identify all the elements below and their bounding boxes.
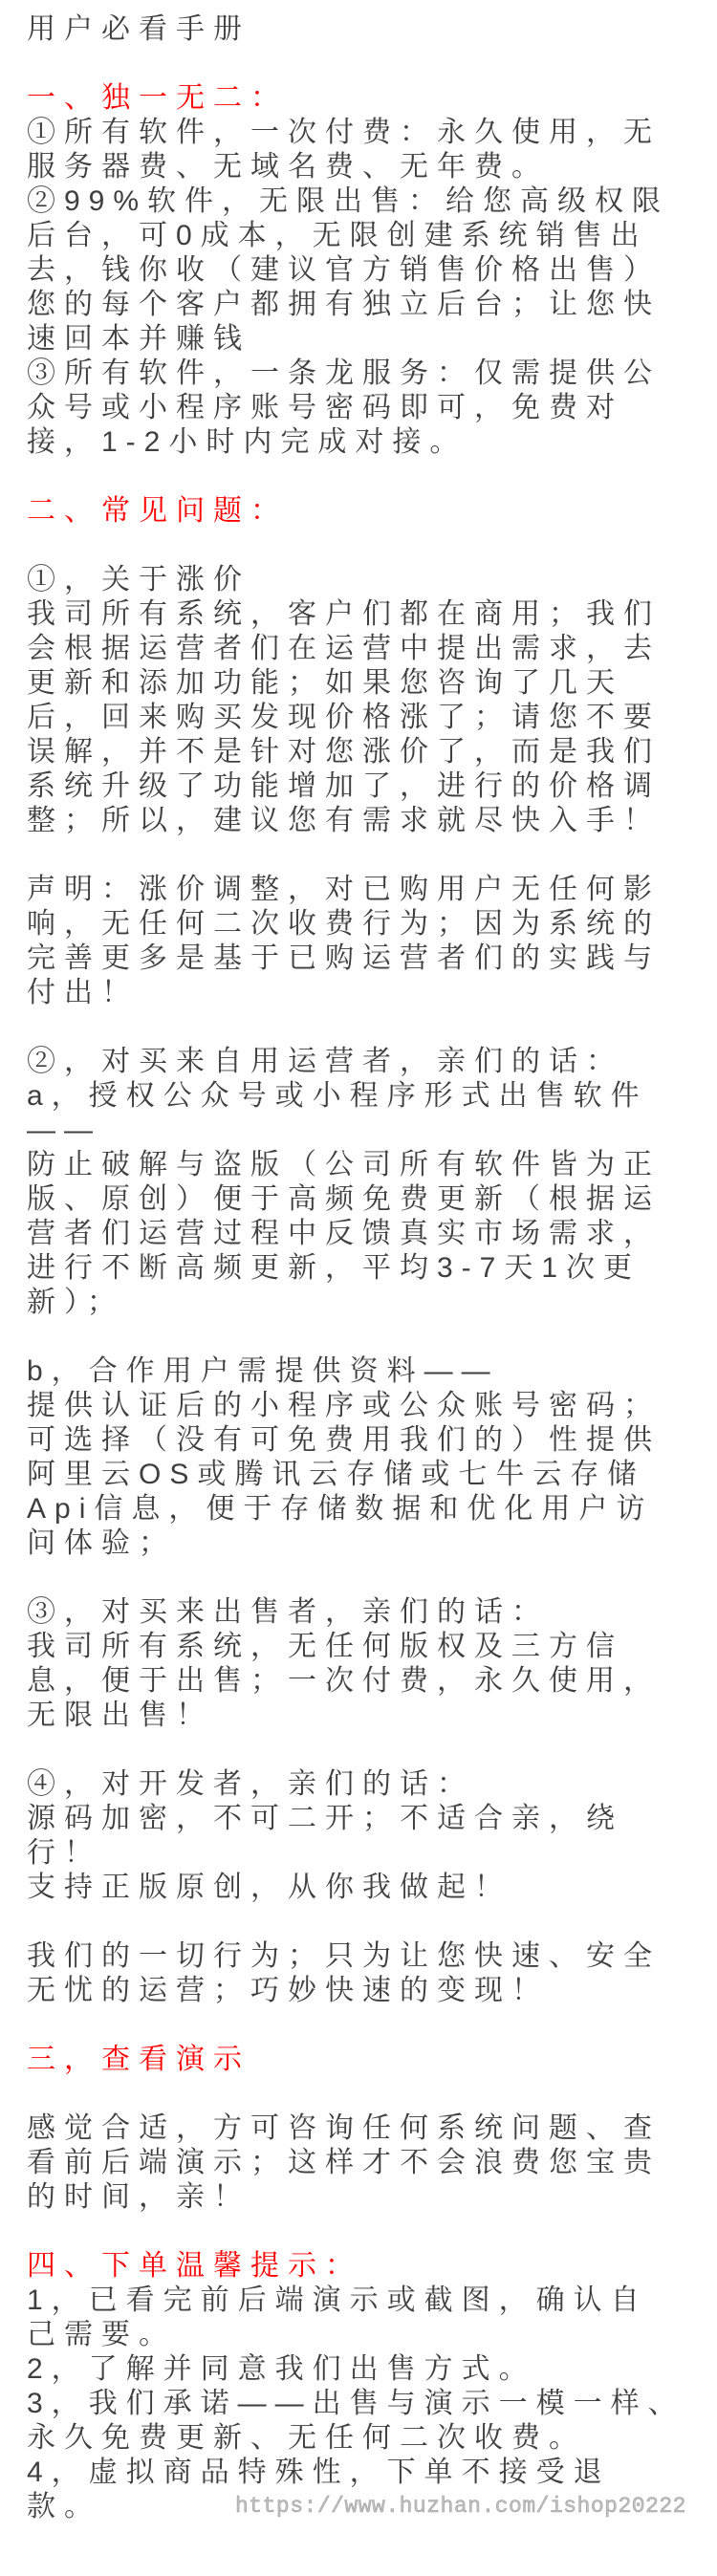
text-line: 服务器费、无域名费、无年费。 — [27, 150, 700, 184]
text-line: 进行不断高频更新，平均3-7天1次更 — [27, 1251, 700, 1286]
text-line: ①，关于涨价 — [27, 563, 700, 597]
section-heading: 三，查看演示 — [27, 2043, 700, 2077]
text-line: 系统升级了功能增加了，进行的价格调 — [27, 769, 700, 804]
blank-line — [27, 1320, 700, 1354]
blank-line — [27, 2077, 700, 2111]
text-line: 我司所有系统，客户们都在商用；我们 — [27, 597, 700, 632]
text-line: 我司所有系统，无任何版权及三方信 — [27, 1630, 700, 1664]
text-line: 误解，并不是针对您涨价了，而是我们 — [27, 735, 700, 769]
blank-line — [27, 838, 700, 873]
text-line: 无忧的运营；巧妙快速的变现！ — [27, 1974, 700, 2008]
text-line: 永久免费更新、无任何二次收费。 — [27, 2421, 700, 2456]
text-line: Api信息，便于存储数据和优化用户访 — [27, 1492, 700, 1526]
blank-line — [27, 2008, 700, 2043]
section-heading: 二、常见问题： — [27, 494, 700, 529]
text-line: 3，我们承诺——出售与演示一模一样、 — [27, 2387, 700, 2421]
text-line: 速回本并赚钱 — [27, 322, 700, 357]
blank-line — [27, 1561, 700, 1595]
manual-page: 用户必看手册一、独一无二：①所有软件，一次付费：永久使用，无服务器费、无域名费、… — [0, 0, 717, 2576]
text-line: 我们的一切行为；只为让您快速、安全 — [27, 1939, 700, 1974]
text-line: 用户必看手册 — [27, 12, 700, 47]
text-line: 会根据运营者们在运营中提出需求，去 — [27, 632, 700, 666]
text-line: ④，对开发者，亲们的话： — [27, 1767, 700, 1802]
text-line: 版、原创）便于高频免费更新（根据运 — [27, 1182, 700, 1217]
text-line: 4，虚拟商品特殊性，下单不接受退 — [27, 2456, 700, 2490]
blank-line — [27, 47, 700, 81]
text-line: —— — [27, 1114, 700, 1148]
blank-line — [27, 529, 700, 563]
text-line: ①所有软件，一次付费：永久使用，无 — [27, 116, 700, 150]
text-line: 营者们运营过程中反馈真实市场需求， — [27, 1217, 700, 1251]
text-line: 问体验； — [27, 1526, 700, 1561]
text-line: 众号或小程序账号密码即可，免费对 — [27, 391, 700, 425]
blank-line — [27, 1733, 700, 1767]
text-line: 后，回来购买发现价格涨了；请您不要 — [27, 701, 700, 735]
text-line: 支持正版原创，从你我做起！ — [27, 1871, 700, 1905]
text-line: 接，1-2小时内完成对接。 — [27, 425, 700, 460]
text-line: 更新和添加功能；如果您咨询了几天 — [27, 666, 700, 701]
text-line: 源码加密，不可二开；不适合亲，绕 — [27, 1802, 700, 1836]
text-line: 去，钱你收（建议官方销售价格出售） — [27, 253, 700, 288]
document-body: 用户必看手册一、独一无二：①所有软件，一次付费：永久使用，无服务器费、无域名费、… — [27, 12, 700, 2524]
section-heading: 一、独一无二： — [27, 81, 700, 116]
watermark-url: https://www.huzhan.com/ishop20222 — [235, 2493, 686, 2520]
text-line: 防止破解与盗版（公司所有软件皆为正 — [27, 1148, 700, 1182]
text-line: 声明：涨价调整，对已购用户无任何影 — [27, 873, 700, 907]
section-heading: 四、下单温馨提示： — [27, 2249, 700, 2284]
text-line: 己需要。 — [27, 2318, 700, 2352]
blank-line — [27, 1010, 700, 1045]
text-line: 新）； — [27, 1286, 700, 1320]
text-line: 看前后端演示；这样才不会浪费您宝贵 — [27, 2146, 700, 2180]
text-line: 2，了解并同意我们出售方式。 — [27, 2352, 700, 2387]
text-line: a，授权公众号或小程序形式出售软件 — [27, 1079, 700, 1114]
blank-line — [27, 1905, 700, 1939]
text-line: 阿里云OS或腾讯云存储或七牛云存储 — [27, 1458, 700, 1492]
blank-line — [27, 460, 700, 494]
text-line: 提供认证后的小程序或公众账号密码； — [27, 1389, 700, 1423]
text-line: 1，已看完前后端演示或截图，确认自 — [27, 2284, 700, 2318]
text-line: ③，对买来出售者，亲们的话： — [27, 1595, 700, 1630]
text-line: 可选择（没有可免费用我们的）性提供 — [27, 1423, 700, 1458]
text-line: 的时间，亲！ — [27, 2180, 700, 2215]
text-line: ②99%软件，无限出售：给您高级权限 — [27, 184, 700, 219]
text-line: 息，便于出售；一次付费，永久使用， — [27, 1664, 700, 1699]
text-line: ②，对买来自用运营者，亲们的话： — [27, 1045, 700, 1079]
text-line: 您的每个客户都拥有独立后台；让您快 — [27, 288, 700, 322]
text-line: 行！ — [27, 1836, 700, 1871]
text-line: 响，无任何二次收费行为；因为系统的 — [27, 907, 700, 942]
text-line: 完善更多是基于已购运营者们的实践与 — [27, 942, 700, 976]
text-line: b，合作用户需提供资料—— — [27, 1354, 700, 1389]
blank-line — [27, 2215, 700, 2249]
text-line: 后台，可0成本，无限创建系统销售出 — [27, 219, 700, 253]
text-line: 整；所以，建议您有需求就尽快入手！ — [27, 804, 700, 838]
text-line: 付出！ — [27, 976, 700, 1010]
text-line: 感觉合适，方可咨询任何系统问题、查 — [27, 2111, 700, 2146]
text-line: ③所有软件，一条龙服务：仅需提供公 — [27, 357, 700, 391]
text-line: 无限出售！ — [27, 1699, 700, 1733]
